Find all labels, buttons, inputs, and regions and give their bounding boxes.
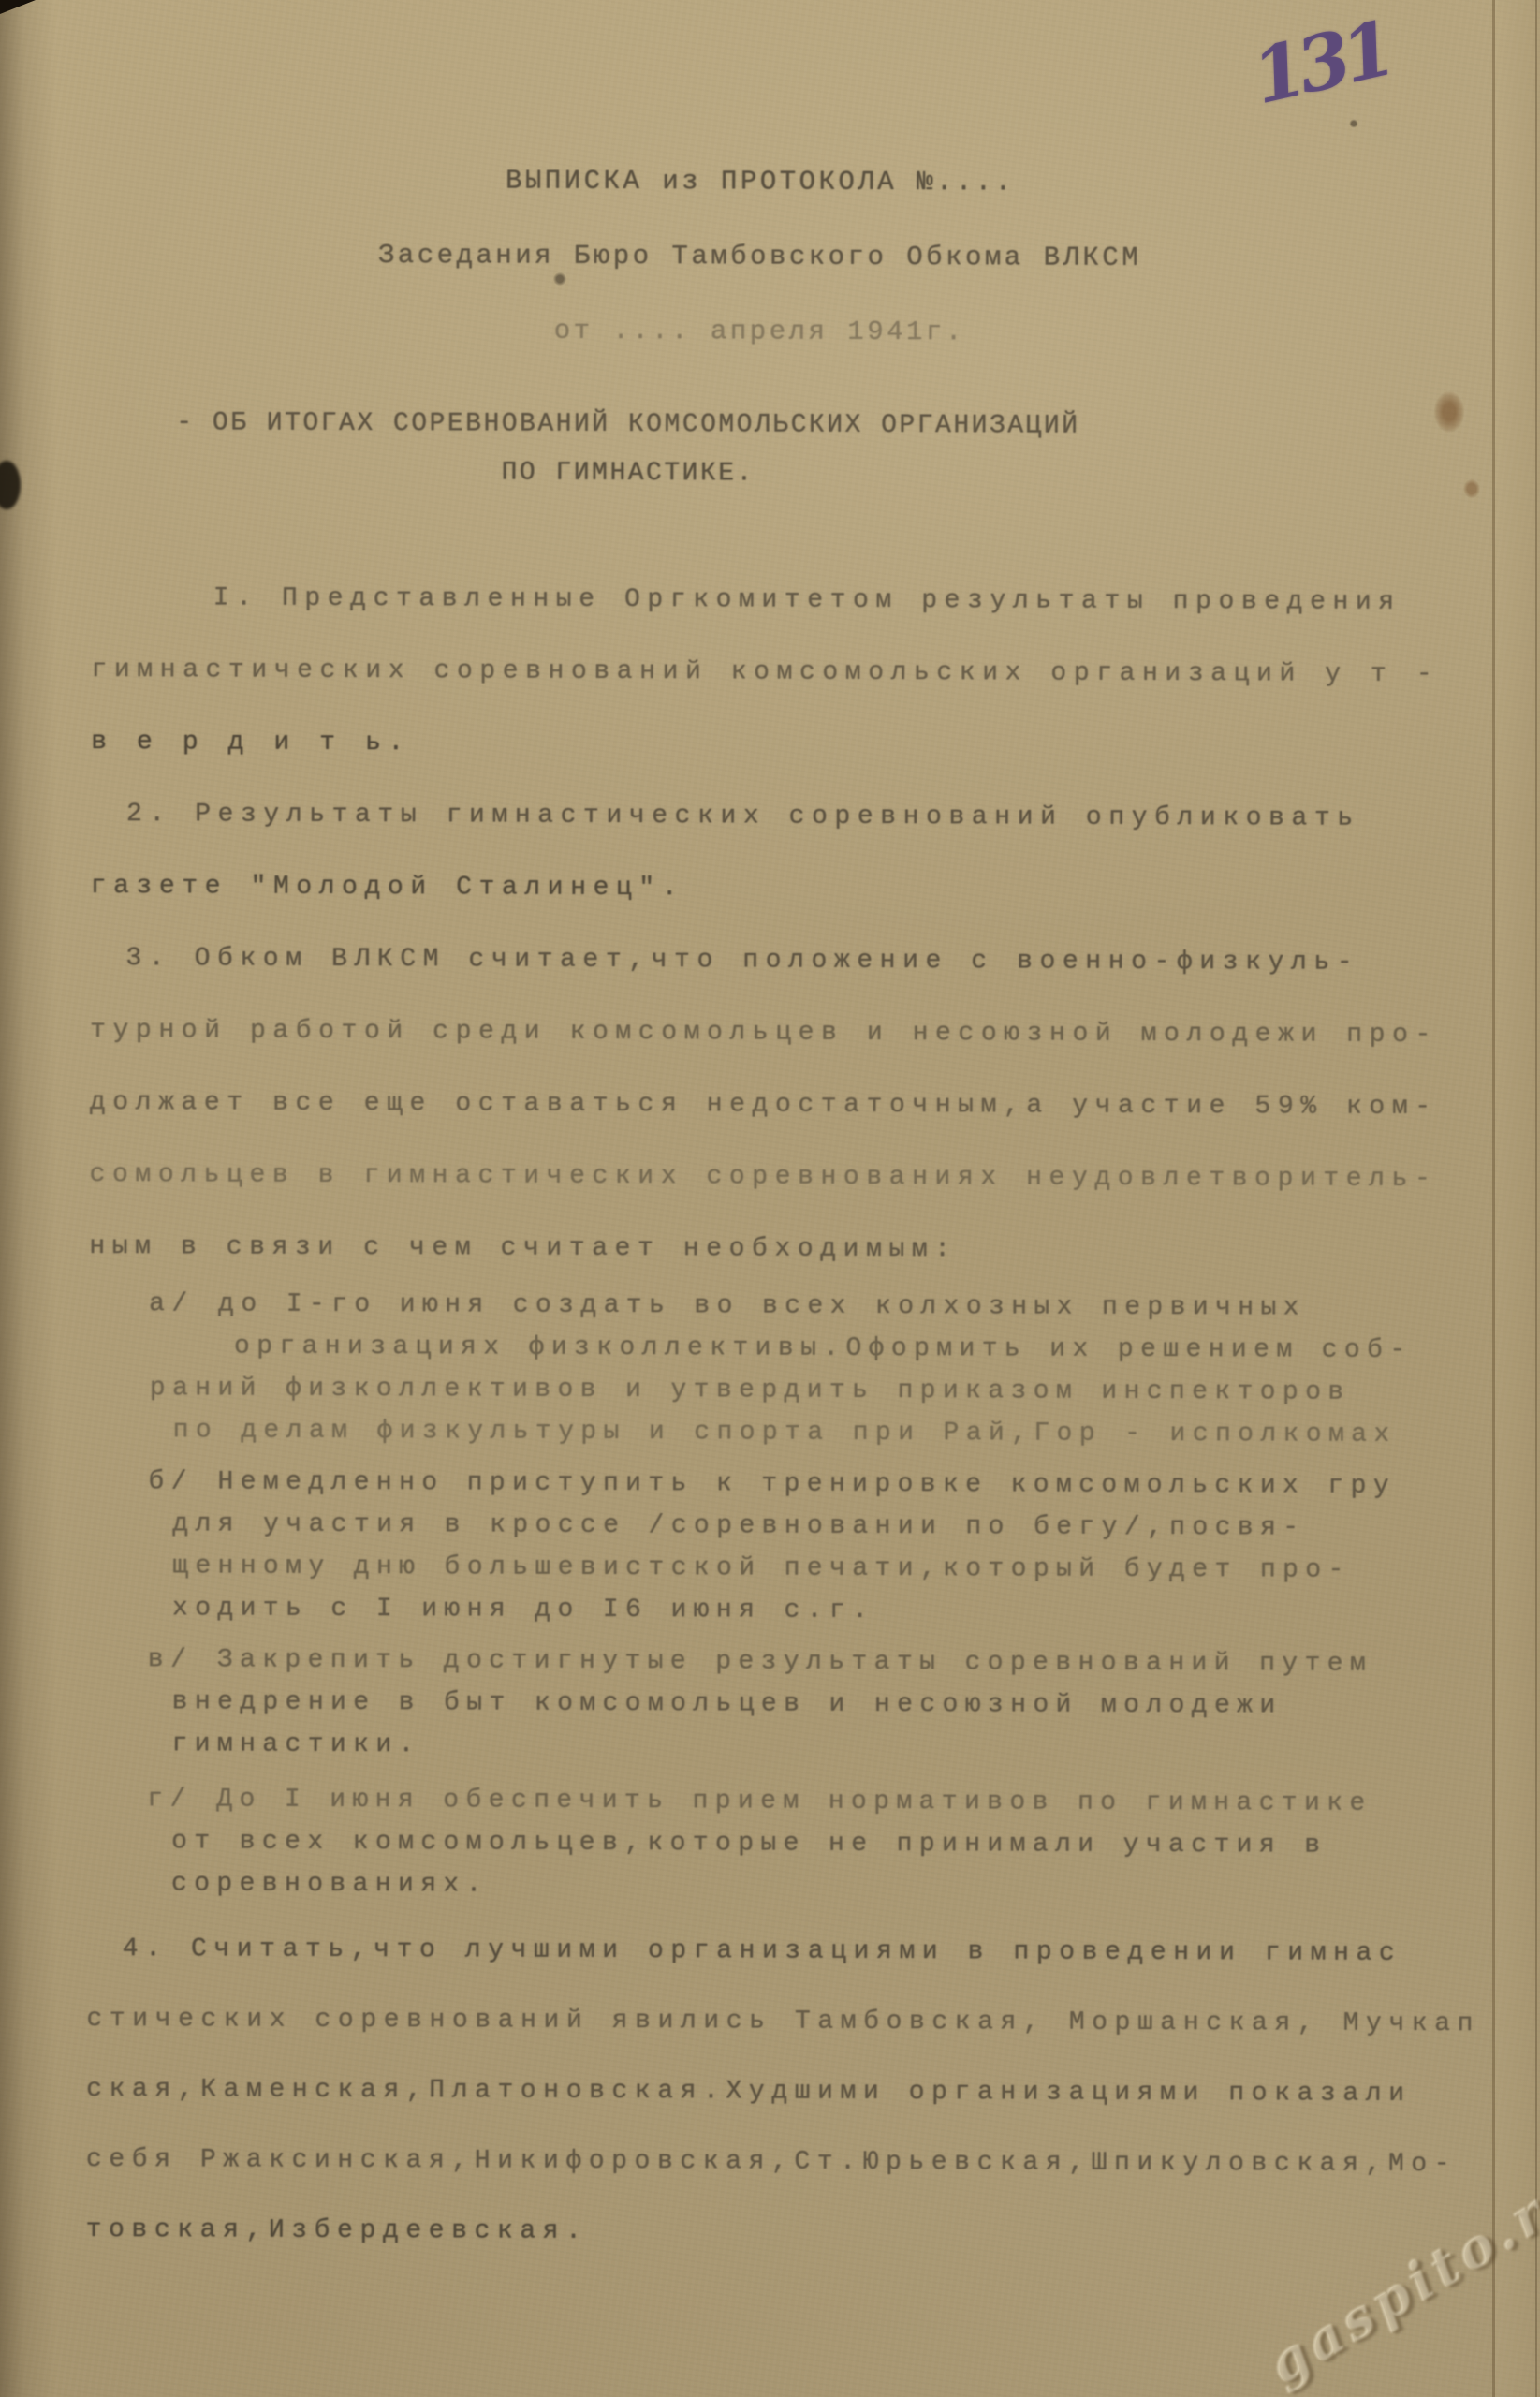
paragraph-line: в е р д и т ь. (91, 706, 1537, 783)
doc-session-line: Заседания Бюро Тамбовского Обкома ВЛКСМ (37, 217, 1483, 297)
subitem-line: по делам физкультуры и спорта при Рай,Го… (173, 1409, 1535, 1456)
subitem-line: до I-го июня создать во всех колхозных п… (218, 1283, 1535, 1330)
subitem-line: раний физколлективов и утвердить приказо… (150, 1367, 1535, 1414)
subitem-line: гимнастики. (171, 1723, 1533, 1770)
agenda-line: ПО ГИМНАСТИКЕ. (0, 447, 1351, 500)
paragraph-line: стических соревнований явились Тамбовска… (86, 1984, 1533, 2059)
scan-corner-artifact (0, 0, 36, 14)
paragraph-line: товская,Избердеевская. (86, 2195, 1533, 2270)
agenda-line: - ОБ ИТОГАХ СОРЕВНОВАНИЙ КОМСОМОЛЬСКИХ О… (0, 398, 1352, 451)
subitem-g: г/ До I июня обеспечить прием нормативов… (87, 1778, 1533, 1909)
subitem-line: Закрепить достигнутые результаты соревно… (217, 1639, 1534, 1685)
subitem-line: внедрение в быт комсомольцев и несоюзной… (172, 1681, 1534, 1728)
resolution-body: I. Представленные Оргкомитетом результат… (89, 562, 1538, 1287)
paragraph-line: 3. Обком ВЛКСМ считает,что положение с в… (90, 922, 1536, 999)
paragraph-line: себя Ржаксинская,Никифоровская,Ст.Юрьевс… (86, 2125, 1533, 2199)
document-header: ВЫПИСКА из ПРОТОКОЛА №.... Заседания Бюр… (37, 142, 1484, 372)
doc-date-line: от .... апреля 1941г. (37, 292, 1483, 372)
subitem-a: а/ до I-го июня создать во всех колхозны… (89, 1283, 1536, 1456)
paragraph-line: должает все еще оставаться недостаточным… (90, 1066, 1536, 1143)
subitem-line: соревнованиях. (171, 1862, 1533, 1909)
paragraph-line: 4. Считать,что лучшими организациями в п… (87, 1914, 1533, 1989)
subitem-line: До I июня обеспечить прием нормативов по… (216, 1778, 1533, 1825)
paragraph-4: 4. Считать,что лучшими организациями в п… (86, 1914, 1533, 2270)
scanned-document-page: 131 ВЫПИСКА из ПРОТОКОЛА №.... Заседания… (0, 0, 1540, 2397)
paragraph-line: турной работой среди комсомольцев и несо… (90, 994, 1536, 1071)
paragraph-line: I. Представленные Оргкомитетом результат… (92, 562, 1538, 639)
subitem-line: Немедленно приступить к тренировке комсо… (217, 1461, 1534, 1507)
subitem-v: в/ Закрепить достигнутые результаты соре… (87, 1639, 1533, 1770)
subitem-line: от всех комсомольцев,которые не принимал… (171, 1820, 1533, 1867)
paragraph-line: ным в связи с чем считает необходимым: (89, 1211, 1535, 1287)
agenda-heading: - ОБ ИТОГАХ СОРЕВНОВАНИЙ КОМСОМОЛЬСКИХ О… (0, 398, 1352, 500)
subitem-line: ходить с I июня до I6 июня с.г. (172, 1587, 1534, 1634)
paragraph-line: ская,Каменская,Платоновская.Худшими орга… (86, 2054, 1533, 2129)
doc-title: ВЫПИСКА из ПРОТОКОЛА №.... (37, 142, 1483, 222)
typewritten-content: ВЫПИСКА из ПРОТОКОЛА №.... Заседания Бюр… (86, 0, 1540, 2270)
subitem-line: щенному дню большевистской печати,которы… (172, 1545, 1534, 1592)
paragraph-line: газете "Молодой Сталинец". (91, 850, 1537, 927)
paragraph-line: 2. Результаты гимнастических соревновани… (91, 778, 1537, 855)
paragraph-line: гимнастических соревнований комсомольски… (91, 634, 1537, 711)
subitem-b: б/ Немедленно приступить к тренировке ко… (88, 1461, 1535, 1634)
subitem-line: для участия в кроссе /соревновании по бе… (172, 1503, 1534, 1550)
subitem-line: организациях физколлективы.Оформить их р… (234, 1326, 1535, 1373)
paragraph-line: сомольцев в гимнастических соревнованиях… (89, 1139, 1535, 1215)
resolution-subitems: а/ до I-го июня создать во всех колхозны… (87, 1283, 1535, 1909)
